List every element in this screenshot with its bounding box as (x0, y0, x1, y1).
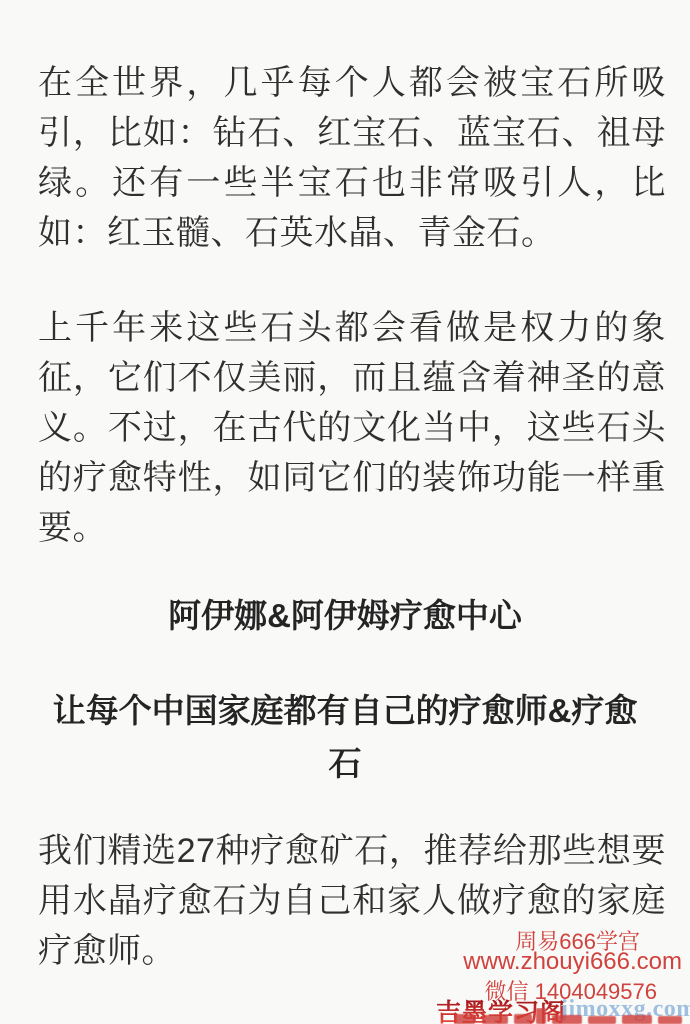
heading-line: 石 (0, 737, 690, 790)
text-line: 上千年来这些石头都会看做是权力的象 (38, 303, 666, 353)
text-line: 引，比如：钻石、红宝石、蓝宝石、祖母 (38, 108, 666, 158)
text-line: 在全世界，几乎每个人都会被宝石所吸 (38, 58, 666, 108)
text-line: 绿。还有一些半宝石也非常吸引人，比 (38, 158, 666, 208)
text-line: 我们精选27种疗愈矿石，推荐给那些想要 (38, 826, 666, 876)
text-line: 义。不过，在古代的文化当中，这些石头 (38, 403, 666, 453)
clipped-red-text-fragments (430, 1008, 690, 1024)
text-line: 要。 (38, 503, 666, 553)
text-line: 用水晶疗愈石为自己和家人做疗愈的家庭 (38, 876, 666, 926)
watermark-site-url: www.zhouyi666.com (463, 948, 682, 976)
text-line: 征，它们不仅美丽，而且蕴含着神圣的意 (38, 353, 666, 403)
text-line: 的疗愈特性，如同它们的装饰功能一样重 (38, 453, 666, 503)
center-heading-1: 阿伊娜&阿伊姆疗愈中心 (0, 590, 690, 642)
article-page: 在全世界，几乎每个人都会被宝石所吸 引，比如：钻石、红宝石、蓝宝石、祖母 绿。还… (0, 0, 690, 1024)
text-line: 如：红玉髓、石英水晶、青金石。 (38, 208, 666, 258)
body-paragraph-2: 上千年来这些石头都会看做是权力的象 征，它们不仅美丽，而且蕴含着神圣的意 义。不… (38, 303, 666, 553)
heading-line: 让每个中国家庭都有自己的疗愈师&疗愈 (0, 684, 690, 737)
center-heading-2: 让每个中国家庭都有自己的疗愈师&疗愈 石 (0, 684, 690, 790)
body-paragraph-1: 在全世界，几乎每个人都会被宝石所吸 引，比如：钻石、红宝石、蓝宝石、祖母 绿。还… (38, 58, 666, 258)
